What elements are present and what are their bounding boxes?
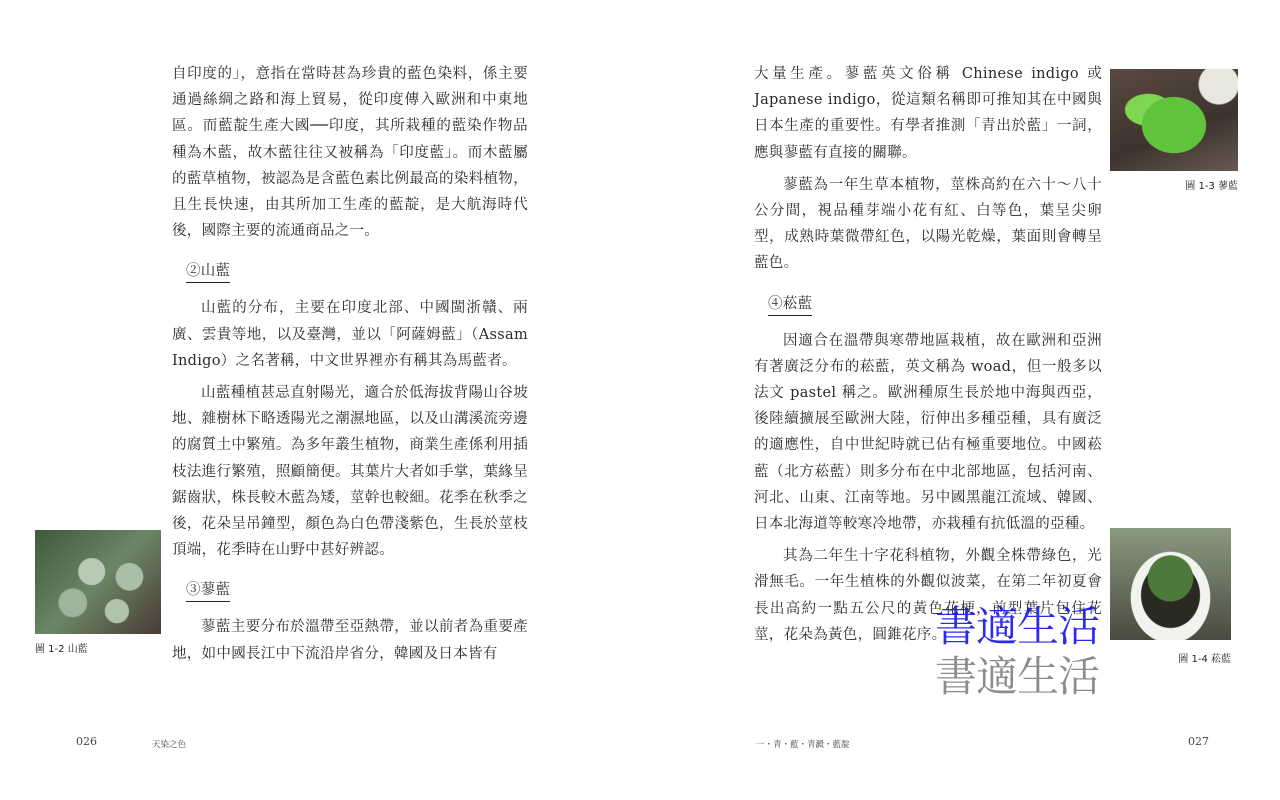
left-text-column: 自印度的」，意指在當時甚為珍貴的藍色染料，係主要通過絲綢之路和海上貿易，從印度傳… (172, 61, 528, 667)
page-number-right: 027 (1188, 735, 1209, 748)
liaolan-photo (1110, 69, 1238, 171)
watermark-gray: 書適生活 (935, 644, 1099, 704)
paragraph: 自印度的」，意指在當時甚為珍貴的藍色染料，係主要通過絲綢之路和海上貿易，從印度傳… (172, 61, 528, 244)
section-heading-songlan: ④菘藍 (768, 294, 812, 316)
left-page: 自印度的」，意指在當時甚為珍貴的藍色染料，係主要通過絲綢之路和海上貿易，從印度傳… (0, 0, 640, 800)
paragraph: 蓼藍主要分布於溫帶至亞熱帶，並以前者為重要產地，如中國長江中下流沿岸省分，韓國及… (172, 614, 528, 666)
page-number-left: 026 (76, 735, 97, 748)
figure-caption: 圖 1-3 蓼藍 (1110, 177, 1238, 192)
section-heading-liaolan: ③蓼藍 (186, 580, 230, 602)
figure-1-4: 圖 1-4 菘藍 (1110, 528, 1231, 665)
figure-1-3: 圖 1-3 蓼藍 (1110, 69, 1238, 192)
paragraph: 山藍的分布，主要在印度北部、中國閩浙贛、兩廣、雲貴等地，以及臺灣，並以「阿薩姆藍… (172, 295, 528, 374)
running-title-left: 天染之色 (152, 738, 186, 750)
right-text-column: 大量生產。蓼藍英文俗稱 Chinese indigo 或 Japanese in… (754, 61, 1102, 648)
paragraph: 大量生產。蓼藍英文俗稱 Chinese indigo 或 Japanese in… (754, 61, 1102, 166)
songlan-photo (1110, 528, 1231, 640)
running-title-right: 一・青・藍・青澱・藍靛 (756, 738, 850, 750)
shanlan-photo (35, 530, 161, 634)
paragraph: 蓼藍為一年生草本植物，莖株高約在六十～八十公分間，視品種芽端小花有紅、白等色，葉… (754, 172, 1102, 277)
figure-caption: 圖 1-4 菘藍 (1110, 650, 1231, 665)
paragraph: 山藍種植甚忌直射陽光，適合於低海拔背陽山谷坡地、雜樹林下略透陽光之潮濕地區，以及… (172, 380, 528, 563)
paragraph: 因適合在溫帶與寒帶地區栽植，故在歐洲和亞洲有著廣泛分布的菘藍，英文稱為 woad… (754, 328, 1102, 538)
figure-caption: 圖 1-2 山藍 (35, 640, 161, 655)
figure-1-2: 圖 1-2 山藍 (35, 530, 161, 655)
section-heading-shanlan: ②山藍 (186, 261, 230, 283)
